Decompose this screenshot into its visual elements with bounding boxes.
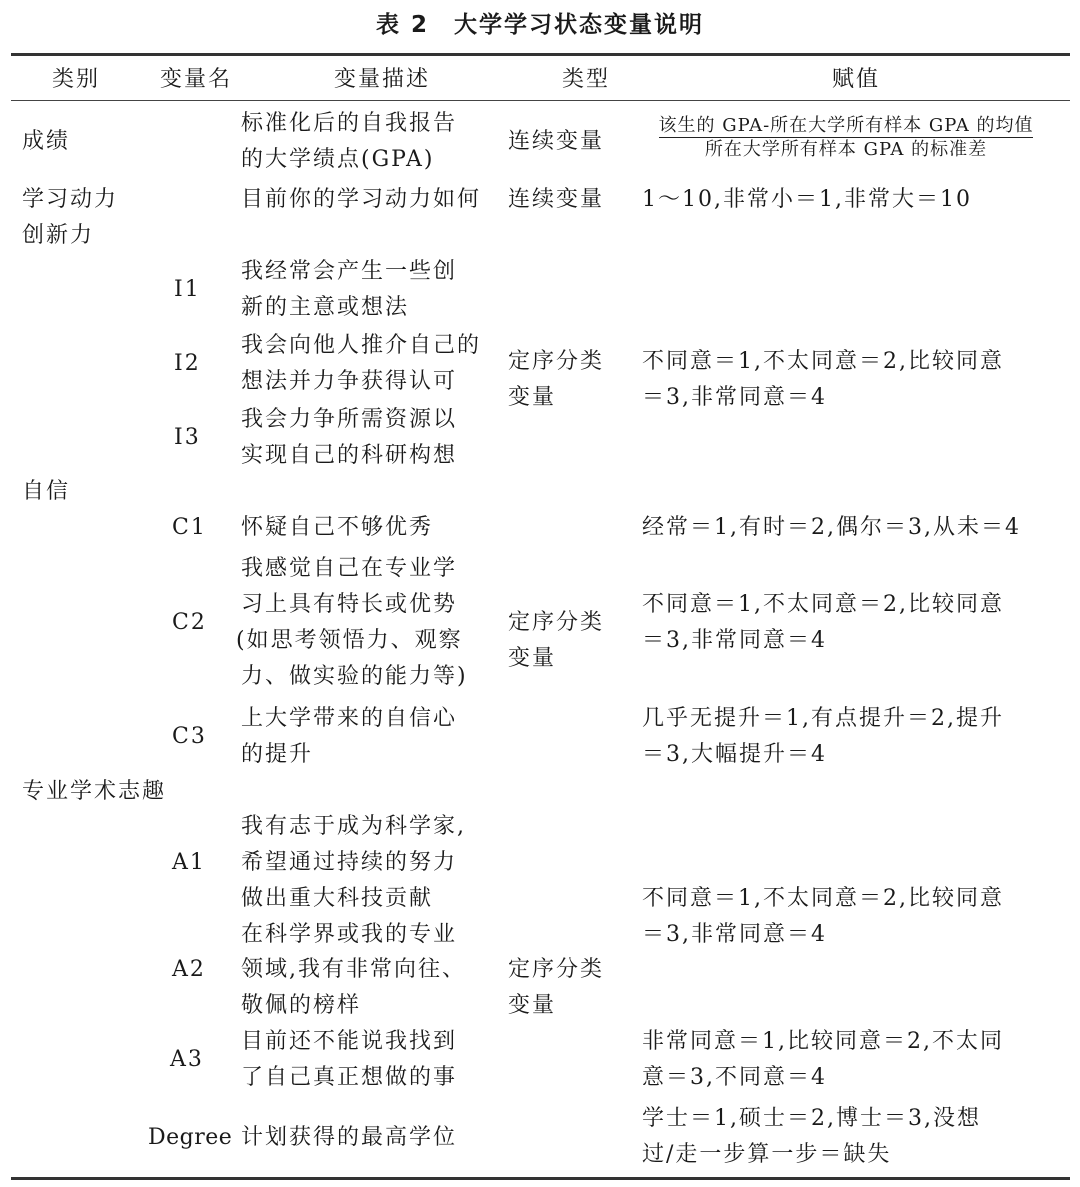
var-A2: A2 — [172, 952, 206, 988]
var-I3: I3 — [174, 420, 201, 456]
desc-A1-line3: 做出重大科技贡献 — [241, 881, 433, 917]
top-rule — [11, 53, 1070, 56]
type-innovation-line1: 定序分类 — [508, 344, 604, 380]
category-grade: 成绩 — [22, 124, 70, 160]
desc-A2-line1: 在科学界或我的专业 — [241, 917, 457, 953]
header-rule — [11, 100, 1070, 101]
header-value: 赋值 — [832, 62, 880, 93]
formula-numerator: 该生的 GPA-所在大学所有样本 GPA 的均值 — [659, 115, 1034, 138]
value-innovation-line2: ＝3,非常同意＝4 — [642, 380, 827, 416]
type-grade: 连续变量 — [508, 124, 604, 160]
type-motivation: 连续变量 — [508, 182, 604, 218]
bottom-rule — [11, 1177, 1070, 1180]
value-C3-line2: ＝3,大幅提升＝4 — [642, 737, 827, 773]
value-A3-line1: 非常同意＝1,比较同意＝2,不太同 — [642, 1024, 1004, 1060]
desc-A2-line3: 敬佩的榜样 — [241, 988, 361, 1024]
category-motivation: 学习动力 — [22, 182, 118, 218]
desc-A1-line2: 希望通过持续的努力 — [241, 845, 457, 881]
formula-denominator: 所在大学所有样本 GPA 的标准差 — [642, 138, 1050, 162]
desc-C2-line3: (如思考领悟力、观察 — [236, 623, 463, 659]
value-A12-line1: 不同意＝1,不太同意＝2,比较同意 — [642, 881, 1004, 917]
value-innovation-line1: 不同意＝1,不太同意＝2,比较同意 — [642, 344, 1004, 380]
header-category: 类别 — [52, 62, 100, 93]
desc-I2-line2: 想法并力争获得认可 — [241, 364, 457, 400]
category-academic-interest: 专业学术志趣 — [22, 774, 166, 810]
desc-A2-line2: 领域,我有非常向往、 — [241, 952, 466, 988]
desc-C3-line1: 上大学带来的自信心 — [241, 701, 457, 737]
var-A3: A3 — [170, 1042, 204, 1078]
header-var-name: 变量名 — [160, 62, 232, 93]
value-C2-line2: ＝3,非常同意＝4 — [642, 623, 827, 659]
header-description: 变量描述 — [334, 62, 430, 93]
var-I1: I1 — [174, 272, 201, 308]
header-type: 类型 — [562, 62, 610, 93]
desc-C2-line1: 我感觉自己在专业学 — [241, 551, 457, 587]
var-C2: C2 — [172, 605, 207, 641]
value-A12-line2: ＝3,非常同意＝4 — [642, 917, 827, 953]
desc-A3-line2: 了自己真正想做的事 — [241, 1060, 457, 1096]
var-A1: A1 — [172, 845, 206, 881]
value-C3-line1: 几乎无提升＝1,有点提升＝2,提升 — [642, 701, 1004, 737]
value-motivation: 1～10,非常小＝1,非常大＝10 — [642, 182, 972, 218]
desc-C2-line2: 习上具有特长或优势 — [241, 587, 457, 623]
value-C1: 经常＝1,有时＝2,偶尔＝3,从未＝4 — [642, 510, 1021, 546]
var-C1: C1 — [172, 510, 207, 546]
type-academic-line1: 定序分类 — [508, 952, 604, 988]
desc-grade-line2: 的大学绩点(GPA) — [241, 142, 434, 178]
category-innovation: 创新力 — [22, 218, 94, 254]
desc-motivation: 目前你的学习动力如何 — [241, 182, 481, 218]
desc-A1-line1: 我有志于成为科学家, — [241, 809, 466, 845]
type-innovation-line2: 变量 — [508, 380, 556, 416]
desc-I2-line1: 我会向他人推介自己的 — [241, 328, 481, 364]
var-I2: I2 — [174, 346, 201, 382]
desc-A3-line1: 目前还不能说我找到 — [241, 1024, 457, 1060]
desc-C2-line4: 力、做实验的能力等) — [241, 659, 468, 695]
desc-I3-line1: 我会力争所需资源以 — [241, 402, 457, 438]
table-title: 表 2 大学学习状态变量说明 — [0, 6, 1080, 39]
value-degree-line1: 学士＝1,硕士＝2,博士＝3,没想 — [642, 1101, 981, 1137]
desc-I3-line2: 实现自己的科研构想 — [241, 438, 457, 474]
desc-I1-line1: 我经常会产生一些创 — [241, 254, 457, 290]
type-confidence-line1: 定序分类 — [508, 605, 604, 641]
type-academic-line2: 变量 — [508, 988, 556, 1024]
desc-C3-line2: 的提升 — [241, 737, 313, 773]
category-confidence: 自信 — [22, 474, 70, 510]
var-degree: Degree — [148, 1120, 232, 1156]
desc-C1: 怀疑自己不够优秀 — [241, 510, 433, 546]
type-confidence-line2: 变量 — [508, 641, 556, 677]
value-grade-formula: 该生的 GPA-所在大学所有样本 GPA 的均值 所在大学所有样本 GPA 的标… — [642, 114, 1050, 162]
value-C2-line1: 不同意＝1,不太同意＝2,比较同意 — [642, 587, 1004, 623]
desc-I1-line2: 新的主意或想法 — [241, 290, 409, 326]
value-degree-line2: 过/走一步算一步＝缺失 — [642, 1137, 891, 1173]
var-C3: C3 — [172, 719, 207, 755]
desc-grade-line1: 标准化后的自我报告 — [241, 106, 457, 142]
desc-degree: 计划获得的最高学位 — [241, 1120, 457, 1156]
value-A3-line2: 意＝3,不同意＝4 — [642, 1060, 827, 1096]
